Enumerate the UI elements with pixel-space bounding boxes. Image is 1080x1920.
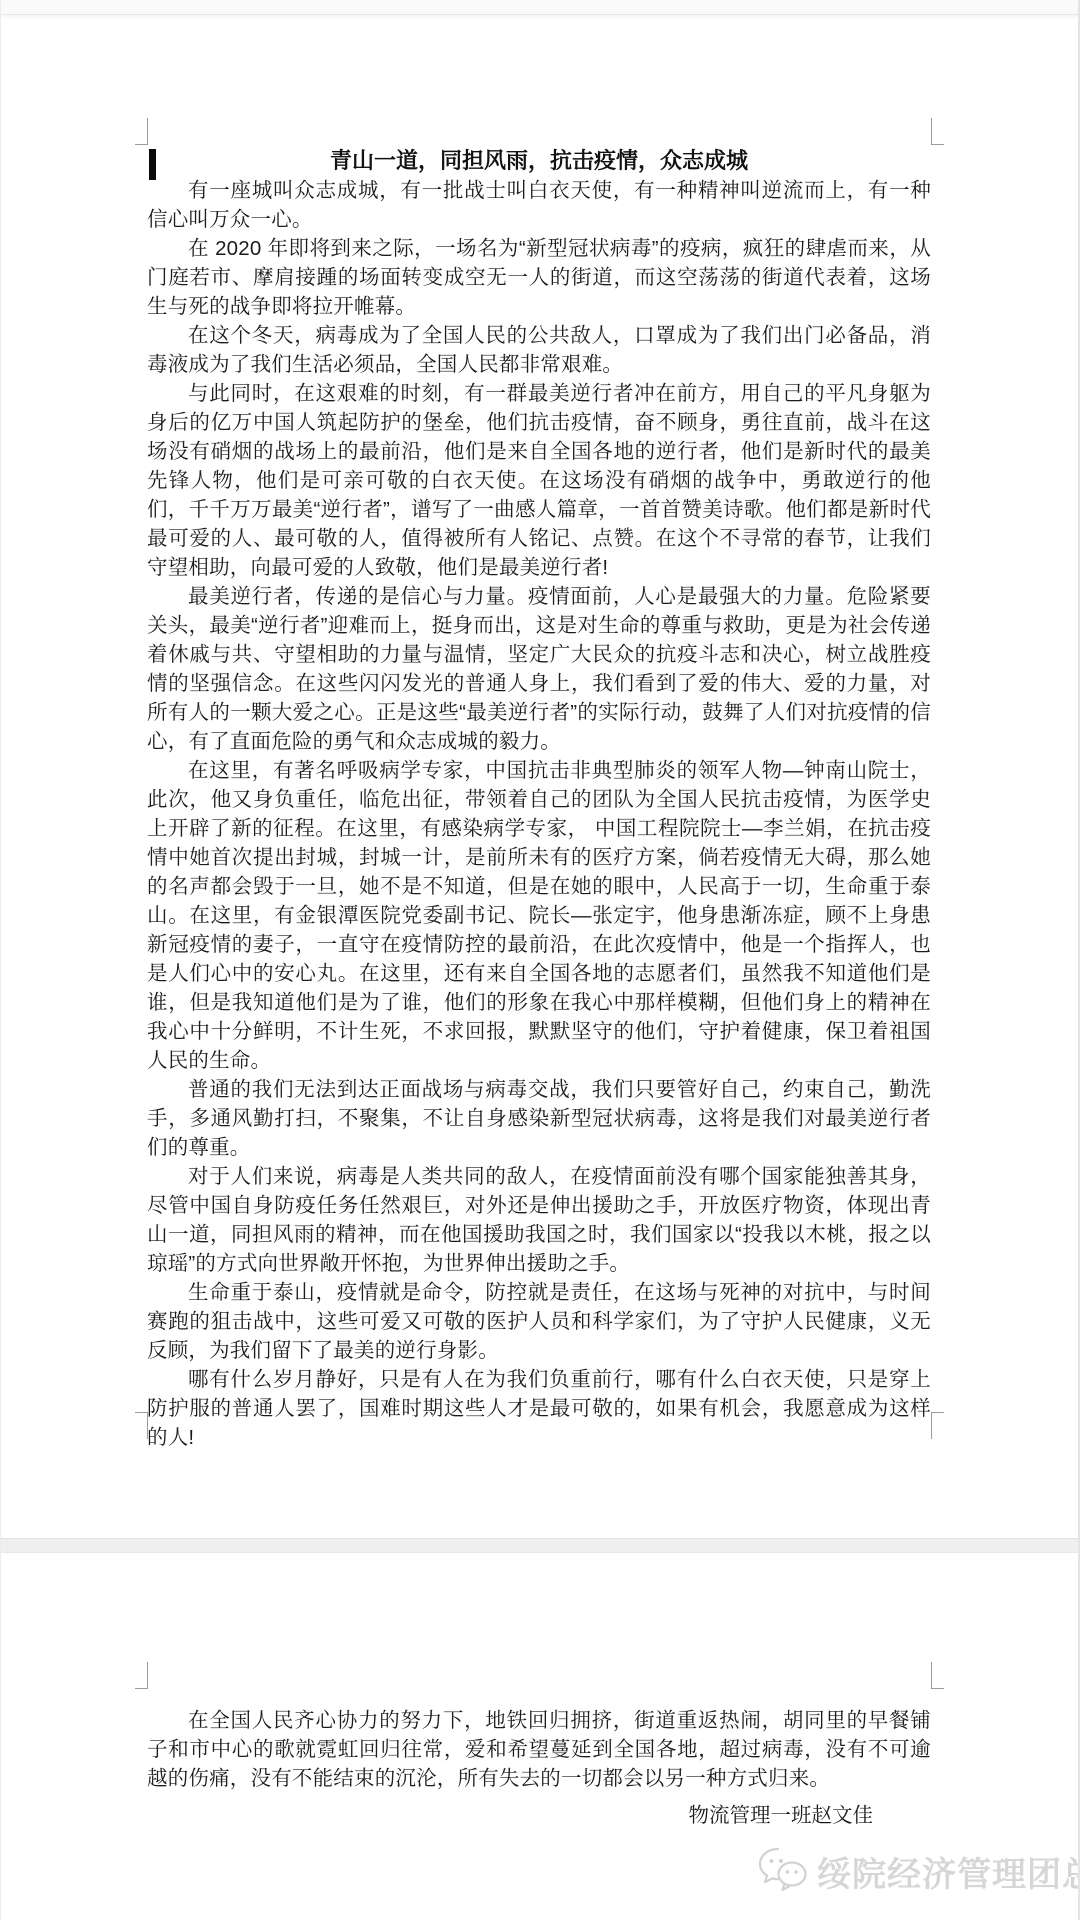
paragraph: 哪有什么岁月静好，只是有人在为我们负重前行，哪有什么白衣天使，只是穿上防护服的普… [147,1365,931,1452]
watermark: 绥院经济管理团总支 [757,1848,1080,1894]
paragraph: 最美逆行者，传递的是信心与力量。疫情面前，人心是最强大的力量。危险紧要关头，最美… [147,582,931,756]
paragraph: 在这里，有著名呼吸病学专家，中国抗击非典型肺炎的领军人物—钟南山院士，此次，他又… [147,756,931,1075]
paragraph: 在全国人民齐心协力的努力下，地铁回归拥挤，街道重返热闹，胡同里的早餐铺子和市中心… [147,1706,931,1793]
paragraph: 普通的我们无法到达正面战场与病毒交战，我们只要管好自己，约束自己，勤洗手，多通风… [147,1075,931,1162]
paragraph: 在 2020 年即将到来之际，一场名为“新型冠状病毒”的疫病，疯狂的肆虐而来，从… [147,234,931,321]
watermark-label: 绥院经济管理团总支 [817,1847,1080,1896]
text-caret [149,149,156,180]
page1-text-area: 青山一道，同担风雨，抗击疫情，众志成城 有一座城叫众志成城，有一批战士叫白衣天使… [147,146,931,1452]
paragraph: 在这个冬天，病毒成为了全国人民的公共敌人，口罩成为了我们出门必备品，消毒液成为了… [147,321,931,379]
page1-boundary-mark-bottom-right [931,1412,944,1439]
paragraph: 与此同时，在这艰难的时刻，有一群最美逆行者冲在前方，用自己的平凡身躯为身后的亿万… [147,379,931,582]
page2-boundary-mark-top-right [931,1662,944,1689]
page1-boundary-mark-top-left [135,118,148,145]
paragraph: 有一座城叫众志成城，有一批战士叫白衣天使，有一种精神叫逆流而上，有一种信心叫万众… [147,176,931,234]
page-break-separator [1,1538,1080,1553]
wechat-bubbles-icon [757,1846,809,1897]
paragraph: 生命重于泰山，疫情就是命令，防控就是责任，在这场与死神的对抗中，与时间赛跑的狙击… [147,1278,931,1365]
page2-text-area: 在全国人民齐心协力的努力下，地铁回归拥挤，街道重返热闹，胡同里的早餐铺子和市中心… [147,1706,931,1830]
document-title: 青山一道，同担风雨，抗击疫情，众志成城 [147,146,931,176]
top-shadow-band [1,0,1080,15]
paragraph: 对于人们来说，病毒是人类共同的敌人，在疫情面前没有哪个国家能独善其身，尽管中国自… [147,1162,931,1278]
author-signature: 物流管理一班赵文佳 [147,1801,931,1830]
page2-boundary-mark-top-left [135,1662,148,1689]
document-screenshot: { "doc": { "title": "青山一道，同担风雨，抗击疫情，众志成城… [0,0,1080,1920]
page1-boundary-mark-top-right [931,118,944,145]
